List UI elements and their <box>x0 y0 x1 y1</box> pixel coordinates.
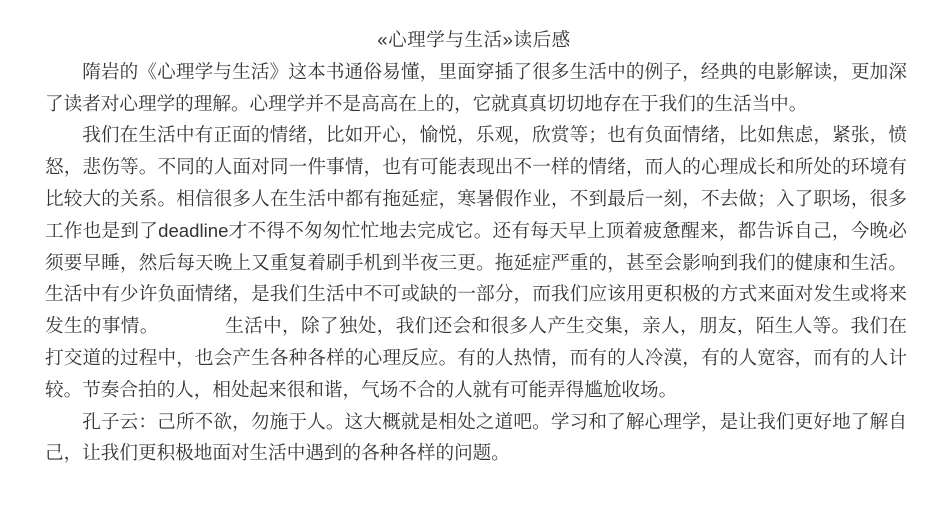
essay-paragraph-conclusion: 孔子云：己所不欲，勿施于人。这大概就是相处之道吧。学习和了解心理学，是让我们更好… <box>45 406 907 470</box>
document-page: «心理学与生活»读后感 隋岩的《心理学与生活》这本书通俗易懂，里面穿插了很多生活… <box>0 0 948 532</box>
essay-title: «心理学与生活»读后感 <box>0 24 948 56</box>
essay-paragraph-emotions: 我们在生活中有正面的情绪，比如开心，愉悦，乐观，欣赏等；也有负面情绪，比如焦虑，… <box>45 119 907 405</box>
essay-body: 隋岩的《心理学与生活》这本书通俗易懂，里面穿插了很多生活中的例子，经典的电影解读… <box>45 56 907 469</box>
essay-paragraph-intro: 隋岩的《心理学与生活》这本书通俗易懂，里面穿插了很多生活中的例子，经典的电影解读… <box>45 56 907 120</box>
